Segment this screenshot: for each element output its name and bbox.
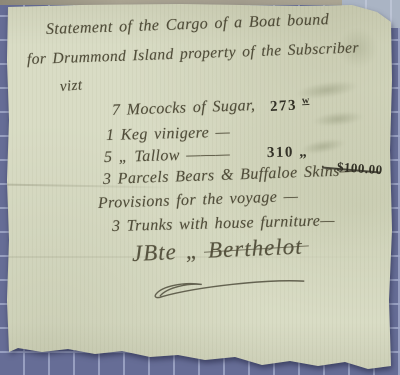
- ink-bleedthrough: [311, 109, 364, 128]
- manuscript-paper: Statement of the Cargo of a Boat bound f…: [0, 0, 400, 375]
- weight-unit-mark: w: [302, 95, 310, 106]
- signature-flourish: [149, 272, 310, 304]
- heading-line-3-viz: vizt: [59, 77, 83, 96]
- heading-line-1: Statement of the Cargo of a Boat bound: [46, 11, 330, 39]
- cargo-item-tallow: 5 „ Tallow ———: [104, 146, 231, 167]
- heading-line-2: for Drummond Island property of the Subs…: [27, 39, 359, 69]
- cargo-item-sugar: 7 Mococks of Sugar,: [112, 97, 256, 120]
- signature: JBte „ Berthelot: [131, 234, 303, 267]
- signature-surname: Berthelot: [208, 234, 304, 263]
- cargo-item-provisions: Provisions for the voyage —: [98, 188, 299, 213]
- signature-initials: JBte „: [131, 238, 199, 266]
- paper-wrap: Statement of the Cargo of a Boat bound f…: [0, 0, 400, 375]
- tallow-weight-value: 310 „: [267, 144, 309, 162]
- sugar-weight-value: 273 w: [270, 95, 310, 116]
- cargo-item-skins: 3 Parcels Bears & Buffaloe Skins—: [103, 162, 355, 189]
- sugar-weight-number: 273: [270, 98, 298, 115]
- cargo-item-keg-vinegar: 1 Keg vinigere —: [106, 124, 231, 145]
- manuscript-photo: Statement of the Cargo of a Boat bound f…: [0, 0, 400, 375]
- cargo-item-trunks: 3 Trunks with house furniture—: [112, 212, 335, 236]
